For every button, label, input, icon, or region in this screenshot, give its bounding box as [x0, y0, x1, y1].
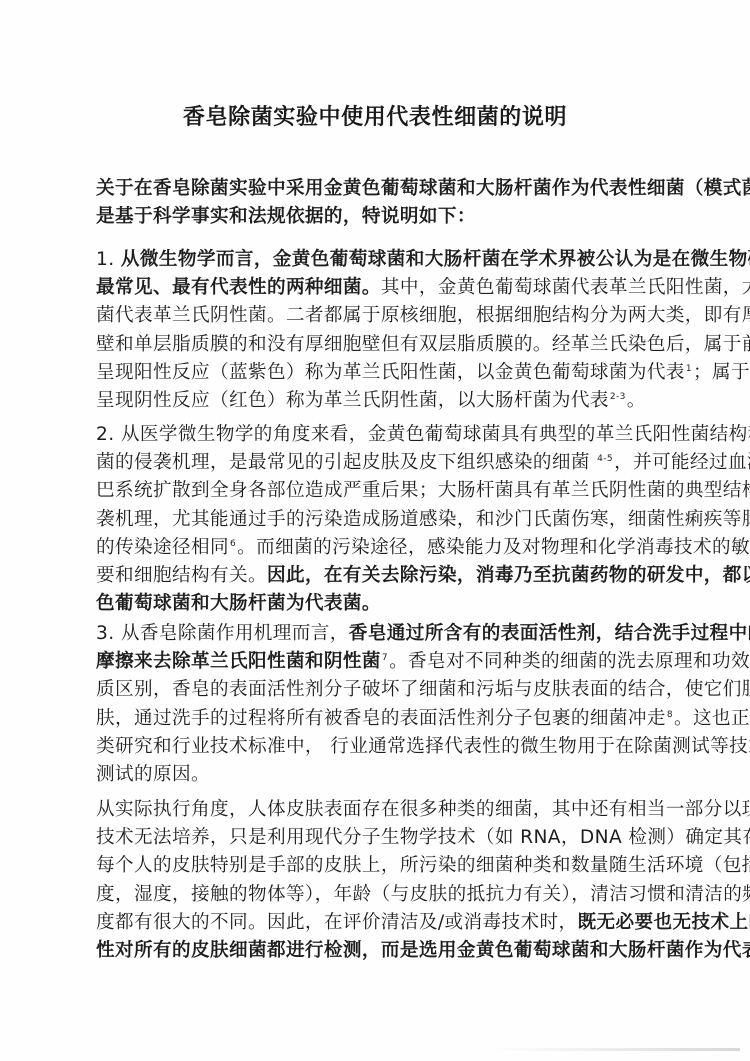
scan-artifact	[490, 1048, 740, 1051]
text-run: 类研究和行业技术标准中， 行业通常选择代表性的微生物用于在除菌测试等技术性能	[96, 736, 750, 757]
text-line: 2. 从医学微生物学的角度来看，金黄色葡萄球菌具有典型的革兰氏阳性菌结构和这类	[96, 421, 696, 449]
intro-paragraph: 关于在香皂除菌实验中采用金黄色葡萄球菌和大肠杆菌作为代表性细菌（模式菌株），是基…	[96, 175, 696, 231]
text-line: 呈现阳性反应（蓝紫色）称为革兰氏阳性菌，以金黄色葡萄球菌为代表1；属于后者的	[96, 359, 696, 387]
text-run: ，并可能经过血液和淋	[614, 452, 750, 473]
text-run: 壁和单层脂质膜的和没有厚细胞壁但有双层脂质膜的。经革兰氏染色后，属于前者的	[96, 334, 750, 355]
text-line: 度都有很大的不同。因此，在评价清洁及/或消毒技术时，既无必要也无技术上的可行	[96, 909, 696, 937]
text-line: 度，湿度，接触的物体等），年龄（与皮肤的抵抗力有关），清洁习惯和清洁的频繁	[96, 881, 696, 909]
text-line: 袭机理，尤其能通过手的污染造成肠道感染，和沙门氏菌伤寒，细菌性痢疾等肠道菌	[96, 506, 696, 534]
text-run: 测试的原因。	[96, 764, 210, 785]
text-line: 测试的原因。	[96, 761, 696, 789]
text-line: 关于在香皂除菌实验中采用金黄色葡萄球菌和大肠杆菌作为代表性细菌（模式菌株），	[96, 175, 696, 203]
bold-text-run: 最常见、最有代表性的两种细菌。	[96, 277, 381, 298]
text-line: 从实际执行角度，人体皮肤表面存在很多种类的细菌，其中还有相当一部分以现有的	[96, 796, 696, 824]
text-run: 其中，金黄色葡萄球菌代表革兰氏阳性菌，大肠杆	[381, 277, 750, 298]
text-line: 呈现阴性反应（红色）称为革兰氏阴性菌，以大肠杆菌为代表2-3。	[96, 387, 696, 415]
text-line: 菌的侵袭机理，是最常见的引起皮肤及皮下组织感染的细菌 4-5，并可能经过血液和淋	[96, 449, 696, 477]
bold-text-run: 因此，在有关去除污染，消毒乃至抗菌药物的研发中，都以金黄	[267, 565, 750, 586]
text-run: 菌的侵袭机理，是最常见的引起皮肤及皮下组织感染的细菌	[96, 452, 596, 473]
text-run: 。	[627, 390, 646, 411]
section-1-paragraph: 1. 从微生物学而言，金黄色葡萄球菌和大肠杆菌在学术界被公认为是在微生物研究中最…	[96, 246, 696, 415]
bold-text-run: 色葡萄球菌和大肠杆菌为代表菌。	[96, 593, 381, 614]
text-run: 的传染途径相同	[96, 537, 229, 558]
text-run: 度都有很大的不同。因此，在评价清洁及/或消毒技术时，	[96, 912, 578, 933]
text-run: 袭机理，尤其能通过手的污染造成肠道感染，和沙门氏菌伤寒，细菌性痢疾等肠道菌	[96, 509, 750, 530]
reference-superscript: 2-3	[610, 392, 626, 402]
bold-text-run: 是基于科学事实和法规依据的，特说明如下：	[96, 206, 476, 227]
text-line: 菌代表革兰氏阴性菌。二者都属于原核细胞，根据细胞结构分为两大类，即有厚细胞	[96, 302, 696, 330]
document-title: 香皂除菌实验中使用代表性细菌的说明	[0, 100, 750, 131]
bold-text-run: 性对所有的皮肤细菌都进行检测，而是选用金黄色葡萄球菌和大肠杆菌作为代表。	[96, 940, 750, 961]
text-line: 肤，通过洗手的过程将所有被香皂的表面活性剂分子包裹的细菌冲走8。这也正是在各	[96, 705, 696, 733]
bold-text-run: 既无必要也无技术上的可行	[578, 912, 750, 933]
bold-text-run: 摩擦来去除革兰氏阳性菌和阴性菌	[96, 651, 381, 672]
text-line: 最常见、最有代表性的两种细菌。其中，金黄色葡萄球菌代表革兰氏阳性菌，大肠杆	[96, 274, 696, 302]
text-run: 2. 从医学微生物学的角度来看，金黄色葡萄球菌具有典型的革兰氏阳性菌结构和这类	[96, 424, 750, 445]
reference-superscript: 4-5	[597, 454, 613, 464]
text-run: 每个人的皮肤特别是手部的皮肤上，所污染的细菌种类和数量随生活环境（包括温	[96, 855, 750, 876]
text-line: 技术无法培养，只是利用现代分子生物学技术（如 RNA，DNA 检测）确定其存在。	[96, 824, 696, 852]
bold-text-run: 香皂通过所含有的表面活性剂，结合洗手过程中的机械	[349, 623, 750, 644]
text-run: 度，湿度，接触的物体等），年龄（与皮肤的抵抗力有关），清洁习惯和清洁的频繁	[96, 884, 750, 905]
reference-superscript: 7	[382, 653, 388, 663]
text-run: 1.	[96, 249, 121, 270]
text-run: 呈现阳性反应（蓝紫色）称为革兰氏阳性菌，以金黄色葡萄球菌为代表	[96, 362, 685, 383]
text-run: 呈现阴性反应（红色）称为革兰氏阴性菌，以大肠杆菌为代表	[96, 390, 609, 411]
section-3-paragraph: 3. 从香皂除菌作用机理而言，香皂通过所含有的表面活性剂，结合洗手过程中的机械摩…	[96, 620, 696, 789]
text-run: 。而细菌的污染途径，感染能力及对物理和化学消毒技术的敏感性主	[237, 537, 750, 558]
text-line: 色葡萄球菌和大肠杆菌为代表菌。	[96, 590, 696, 618]
text-line: 巴系统扩散到全身各部位造成严重后果；大肠杆菌具有革兰氏阴性菌的典型结构和侵	[96, 477, 696, 505]
text-line: 每个人的皮肤特别是手部的皮肤上，所污染的细菌种类和数量随生活环境（包括温	[96, 852, 696, 880]
text-run: 从实际执行角度，人体皮肤表面存在很多种类的细菌，其中还有相当一部分以现有的	[96, 799, 750, 820]
text-run: 巴系统扩散到全身各部位造成严重后果；大肠杆菌具有革兰氏阴性菌的典型结构和侵	[96, 480, 750, 501]
text-line: 1. 从微生物学而言，金黄色葡萄球菌和大肠杆菌在学术界被公认为是在微生物研究中	[96, 246, 696, 274]
document-page: 香皂除菌实验中使用代表性细菌的说明 关于在香皂除菌实验中采用金黄色葡萄球菌和大肠…	[0, 0, 750, 1061]
text-line: 的传染途径相同6。而细菌的污染途径，感染能力及对物理和化学消毒技术的敏感性主	[96, 534, 696, 562]
practical-paragraph: 从实际执行角度，人体皮肤表面存在很多种类的细菌，其中还有相当一部分以现有的技术无…	[96, 796, 696, 965]
text-run: 3. 从香皂除菌作用机理而言，	[96, 623, 349, 644]
reference-superscript: 8	[667, 710, 673, 720]
text-run: 。香皂对不同种类的细菌的洗去原理和功效没有本	[389, 651, 750, 672]
text-run: 。这也正是在各	[674, 708, 750, 729]
text-run: 肤，通过洗手的过程将所有被香皂的表面活性剂分子包裹的细菌冲走	[96, 708, 666, 729]
text-line: 要和细胞结构有关。因此，在有关去除污染，消毒乃至抗菌药物的研发中，都以金黄	[96, 562, 696, 590]
text-run: 技术无法培养，只是利用现代分子生物学技术（如 RNA，DNA 检测）确定其存在。	[96, 827, 750, 848]
text-run: ；属于后者的	[693, 362, 750, 383]
bold-text-run: 从微生物学而言，金黄色葡萄球菌和大肠杆菌在学术界被公认为是在微生物研究中	[121, 249, 750, 270]
section-2-paragraph: 2. 从医学微生物学的角度来看，金黄色葡萄球菌具有典型的革兰氏阳性菌结构和这类菌…	[96, 421, 696, 618]
bold-text-run: 关于在香皂除菌实验中采用金黄色葡萄球菌和大肠杆菌作为代表性细菌（模式菌株），	[96, 178, 750, 199]
text-run: 菌代表革兰氏阴性菌。二者都属于原核细胞，根据细胞结构分为两大类，即有厚细胞	[96, 305, 750, 326]
reference-superscript: 1	[686, 364, 692, 374]
text-line: 壁和单层脂质膜的和没有厚细胞壁但有双层脂质膜的。经革兰氏染色后，属于前者的	[96, 331, 696, 359]
text-run: 要和细胞结构有关。	[96, 565, 267, 586]
text-line: 3. 从香皂除菌作用机理而言，香皂通过所含有的表面活性剂，结合洗手过程中的机械	[96, 620, 696, 648]
text-line: 性对所有的皮肤细菌都进行检测，而是选用金黄色葡萄球菌和大肠杆菌作为代表。正	[96, 937, 696, 965]
text-line: 是基于科学事实和法规依据的，特说明如下：	[96, 203, 696, 231]
text-line: 类研究和行业技术标准中， 行业通常选择代表性的微生物用于在除菌测试等技术性能	[96, 733, 696, 761]
text-line: 质区别，香皂的表面活性剂分子破坏了细菌和污垢与皮肤表面的结合，使它们脱离皮	[96, 676, 696, 704]
text-line: 摩擦来去除革兰氏阳性菌和阴性菌7。香皂对不同种类的细菌的洗去原理和功效没有本	[96, 648, 696, 676]
reference-superscript: 6	[230, 539, 236, 549]
text-run: 质区别，香皂的表面活性剂分子破坏了细菌和污垢与皮肤表面的结合，使它们脱离皮	[96, 679, 750, 700]
